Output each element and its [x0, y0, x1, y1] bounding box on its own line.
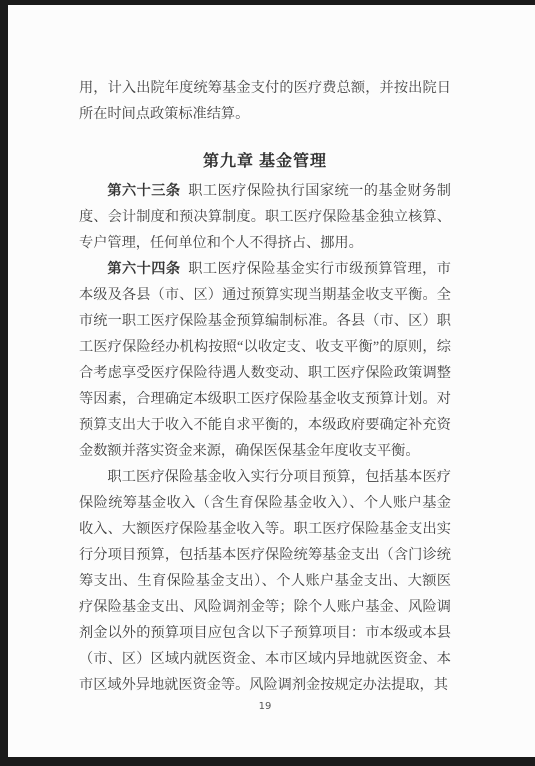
continuation-paragraph: 用，计入出院年度统筹基金支付的医疗费总额，并按出院日所在时间点政策标准结算。: [79, 75, 451, 127]
document-body: 用，计入出院年度统筹基金支付的医疗费总额，并按出院日所在时间点政策标准结算。 第…: [8, 5, 535, 698]
article-64-text: 职工医疗保险基金实行市级预算管理，市本级及各县（市、区）通过预算实现当期基金收支…: [79, 261, 451, 459]
article-64-number: 第六十四条: [107, 261, 180, 277]
scanned-document: { "colors": { "frame": "#1b1b1b", "paper…: [0, 0, 535, 766]
article-63-number: 第六十三条: [107, 183, 180, 199]
document-page: 用，计入出院年度统筹基金支付的医疗费总额，并按出院日所在时间点政策标准结算。 第…: [8, 5, 535, 757]
page-number: 19: [79, 701, 451, 712]
article-63-paragraph: 第六十三条职工医疗保险执行国家统一的基金财务制度、会计制度和预决算制度。职工医疗…: [79, 178, 451, 256]
budget-paragraph: 职工医疗保险基金收入实行分项目预算，包括基本医疗保险统筹基金收入（含生育保险基金…: [79, 464, 451, 698]
chapter-heading: 第九章 基金管理: [79, 149, 451, 175]
article-64-paragraph: 第六十四条职工医疗保险基金实行市级预算管理，市本级及各县（市、区）通过预算实现当…: [79, 256, 451, 464]
